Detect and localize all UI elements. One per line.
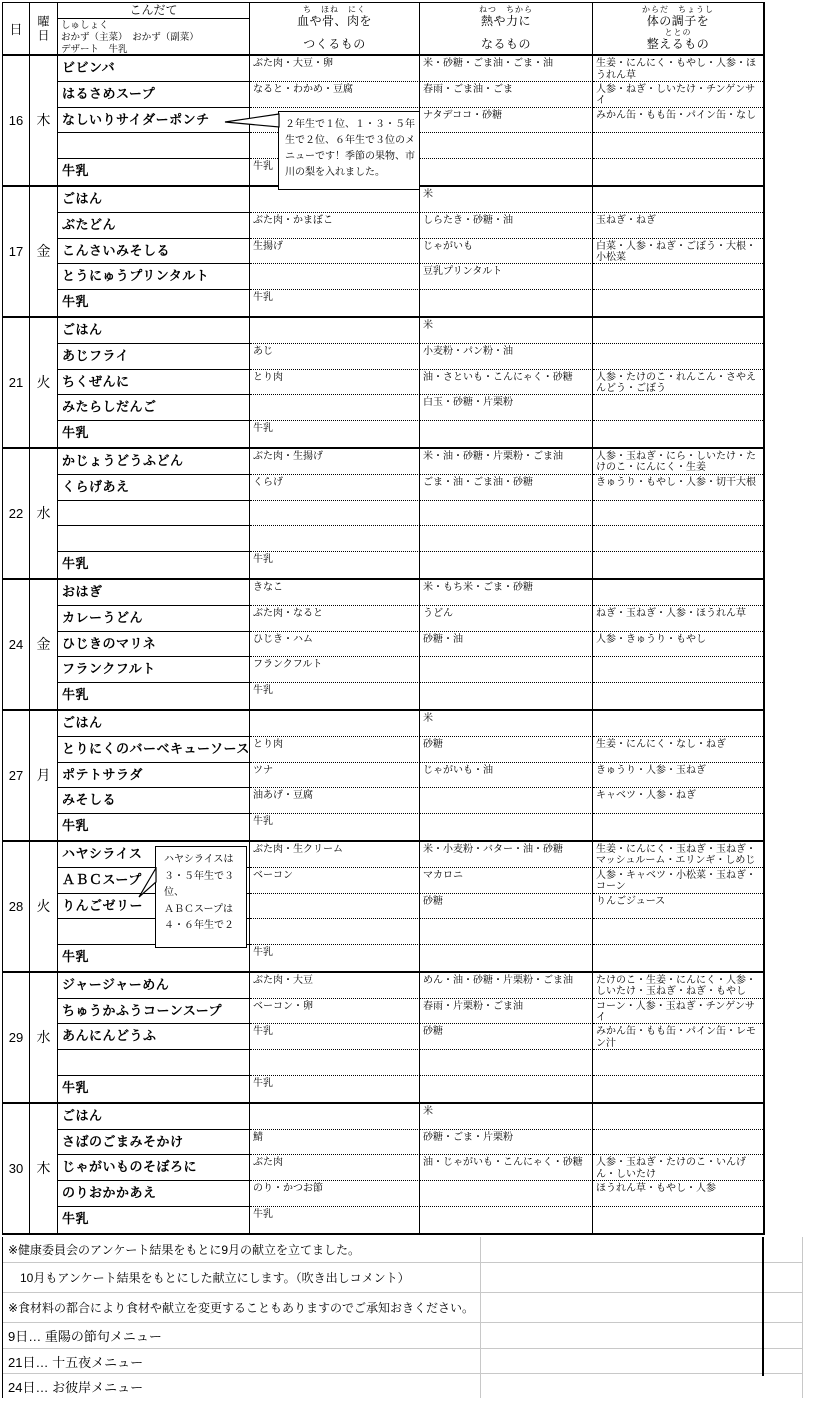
- furigana-energy: ねつ ちから: [479, 5, 533, 14]
- day-block-21: 21火ごはん米あじフライあじ小麦粉・パン粉・油ちくぜんにとり肉油・さといも・こん…: [3, 318, 763, 449]
- day-block-24: 24金おはぎきなこ米・もち米・ごま・砂糖カレーうどんぶた肉・なるとうどんねぎ・玉…: [3, 580, 763, 711]
- energy-ingredients-cell: [420, 657, 593, 683]
- day-weekday-cell: 金: [30, 187, 58, 316]
- vitamin-ingredients-cell: [593, 552, 763, 578]
- protein-ingredients-cell: 牛乳: [250, 421, 420, 447]
- vitamin-ingredients-cell: 生姜・にんにく・なし・ねぎ: [593, 737, 763, 763]
- menu-item-cell: とりにくのバーベキューソース: [58, 737, 250, 763]
- menu-item-cell: 牛乳: [58, 945, 250, 971]
- energy-ingredients-cell: [420, 919, 593, 945]
- protein-ingredients-cell: 牛乳: [250, 945, 420, 971]
- header-energy-line1: 熱や力に: [481, 14, 531, 28]
- day-date-cell: 24: [3, 580, 30, 709]
- day-block-29: 29水ジャージャーめんぶた肉・大豆めん・油・砂糖・片栗粉・ごま油たけのこ・生姜・…: [3, 973, 763, 1104]
- vitamin-ingredients-cell: [593, 318, 763, 344]
- menu-item-cell: ごはん: [58, 711, 250, 737]
- energy-ingredients-cell: 春雨・ごま油・ごま: [420, 82, 593, 108]
- menu-item-cell: とうにゅうプリンタルト: [58, 264, 250, 290]
- day-date-cell: 29: [3, 973, 30, 1102]
- energy-ingredients-cell: 米・油・砂糖・片栗粉・ごま油: [420, 449, 593, 475]
- energy-ingredients-cell: ナタデココ・砂糖: [420, 108, 593, 134]
- protein-ingredients-cell: 鯖: [250, 1130, 420, 1156]
- energy-ingredients-cell: 米・小麦粉・バター・油・砂糖: [420, 842, 593, 868]
- protein-ingredients-cell: きなこ: [250, 580, 420, 606]
- protein-ingredients-cell: とり肉: [250, 370, 420, 396]
- day-weekday-cell: 木: [30, 1104, 58, 1233]
- energy-ingredients-cell: 砂糖: [420, 894, 593, 920]
- vitamin-ingredients-cell: [593, 421, 763, 447]
- protein-ingredients-cell: 牛乳: [250, 683, 420, 709]
- protein-ingredients-cell: ぶた肉: [250, 1155, 420, 1181]
- menu-item-cell: [58, 501, 250, 527]
- vitamin-ingredients-cell: [593, 657, 763, 683]
- vitamin-ingredients-cell: キャベツ・人参・ねぎ: [593, 788, 763, 814]
- vitamin-ingredients-cell: [593, 344, 763, 370]
- menu-item-cell: 牛乳: [58, 552, 250, 578]
- day-weekday-cell: 火: [30, 842, 58, 971]
- menu-item-cell: あじフライ: [58, 344, 250, 370]
- footer-gridline: [480, 1237, 481, 1398]
- menu-item-cell: [58, 133, 250, 159]
- energy-ingredients-cell: めん・油・砂糖・片栗粉・ごま油: [420, 973, 593, 999]
- protein-ingredients-cell: フランクフルト: [250, 657, 420, 683]
- vitamin-ingredients-cell: 生姜・にんにく・玉ねぎ・玉ねぎ・マッシュルーム・エリンギ・しめじ: [593, 842, 763, 868]
- day-block-17: 17金ごはん米ぶたどんぶた肉・かまぼこしらたき・砂糖・油玉ねぎ・ねぎこんさいみそ…: [3, 187, 763, 318]
- protein-ingredients-cell: 牛乳: [250, 814, 420, 840]
- energy-ingredients-cell: 春雨・片栗粉・ごま油: [420, 999, 593, 1025]
- menu-item-cell: みそしる: [58, 788, 250, 814]
- energy-ingredients-cell: [420, 133, 593, 159]
- header-protein-column: ち ほね にく 血や骨、肉を つくるもの: [250, 3, 420, 54]
- furigana-vitamin: からだ ちょうし: [642, 5, 714, 14]
- protein-ingredients-cell: 牛乳: [250, 290, 420, 316]
- day-weekday-cell: 木: [30, 56, 58, 185]
- energy-ingredients-cell: [420, 788, 593, 814]
- vitamin-ingredients-cell: コーン・人参・玉ねぎ・チンゲンサイ: [593, 999, 763, 1025]
- energy-ingredients-cell: 砂糖・油: [420, 632, 593, 658]
- header-day: 日: [3, 3, 30, 54]
- energy-ingredients-cell: ごま・油・ごま油・砂糖: [420, 475, 593, 501]
- energy-ingredients-cell: [420, 159, 593, 185]
- protein-ingredients-cell: ひじき・ハム: [250, 632, 420, 658]
- menu-item-cell: ごはん: [58, 318, 250, 344]
- vitamin-ingredients-cell: [593, 580, 763, 606]
- header-vitamin-line2: 整えるもの: [647, 37, 710, 51]
- footer-note-text: 10月もアンケート結果をもとにした献立にします。（吹き出しコメント）: [8, 1269, 410, 1286]
- menu-item-cell: みたらしだんご: [58, 395, 250, 421]
- vitamin-ingredients-cell: 人参・ねぎ・しいたけ・チンゲンサイ: [593, 82, 763, 108]
- special-day-text: 9日… 重陽の節句メニュー: [8, 1326, 162, 1345]
- menu-item-cell: あんにんどうふ: [58, 1024, 250, 1050]
- energy-ingredients-cell: 油・さといも・こんにゃく・砂糖: [420, 370, 593, 396]
- protein-ingredients-cell: ツナ: [250, 763, 420, 789]
- protein-ingredients-cell: ぶた肉・なると: [250, 606, 420, 632]
- protein-ingredients-cell: ぶた肉・かまぼこ: [250, 213, 420, 239]
- day-date-cell: 16: [3, 56, 30, 185]
- energy-ingredients-cell: [420, 1181, 593, 1207]
- menu-item-cell: カレーうどん: [58, 606, 250, 632]
- protein-ingredients-cell: [250, 894, 420, 920]
- vitamin-ingredients-cell: [593, 1207, 763, 1233]
- footer-special-day-9: 9日… 重陽の節句メニュー: [3, 1323, 803, 1349]
- vitamin-ingredients-cell: [593, 945, 763, 971]
- energy-ingredients-cell: [420, 814, 593, 840]
- protein-ingredients-cell: [250, 1104, 420, 1130]
- day-date-cell: 28: [3, 842, 30, 971]
- day-weekday-cell: 月: [30, 711, 58, 840]
- vitamin-ingredients-cell: 人参・たけのこ・れんこん・さやえんどう・ごぼう: [593, 370, 763, 396]
- header-kondate-subtitle: しゅしょく おかず（主菜） おかず（副菜） デザート 牛乳: [58, 19, 249, 54]
- menu-item-cell: ビビンバ: [58, 56, 250, 82]
- protein-ingredients-cell: [250, 1050, 420, 1076]
- protein-ingredients-cell: ぶた肉・生クリーム: [250, 842, 420, 868]
- energy-ingredients-cell: 米: [420, 318, 593, 344]
- vitamin-ingredients-cell: [593, 814, 763, 840]
- vitamin-ingredients-cell: [593, 526, 763, 552]
- vitamin-ingredients-cell: [593, 133, 763, 159]
- menu-item-cell: ポテトサラダ: [58, 763, 250, 789]
- menu-item-cell: 牛乳: [58, 1207, 250, 1233]
- menu-item-cell: はるさめスープ: [58, 82, 250, 108]
- energy-ingredients-cell: うどん: [420, 606, 593, 632]
- menu-item-cell: ぶたどん: [58, 213, 250, 239]
- vitamin-ingredients-cell: 生姜・にんにく・もやし・人参・ほうれん草: [593, 56, 763, 82]
- vitamin-ingredients-cell: 人参・きゅうり・もやし: [593, 632, 763, 658]
- vitamin-ingredients-cell: [593, 159, 763, 185]
- menu-item-cell: フランクフルト: [58, 657, 250, 683]
- day-date-cell: 27: [3, 711, 30, 840]
- menu-item-cell: かじょうどうふどん: [58, 449, 250, 475]
- protein-ingredients-cell: [250, 526, 420, 552]
- vitamin-ingredients-cell: 人参・玉ねぎ・にら・しいたけ・たけのこ・にんにく・生姜: [593, 449, 763, 475]
- callout-tail-icon: [224, 112, 280, 130]
- energy-ingredients-cell: マカロニ: [420, 868, 593, 894]
- vitamin-ingredients-cell: [593, 1050, 763, 1076]
- day-weekday-cell: 火: [30, 318, 58, 447]
- energy-ingredients-cell: じゃがいも・油: [420, 763, 593, 789]
- energy-ingredients-cell: [420, 1050, 593, 1076]
- vitamin-ingredients-cell: 白菜・人参・ねぎ・ごぼう・大根・小松菜: [593, 239, 763, 265]
- energy-ingredients-cell: 豆乳プリンタルト: [420, 264, 593, 290]
- day-date-cell: 30: [3, 1104, 30, 1233]
- header-energy-line2: なるもの: [481, 37, 531, 51]
- menu-item-cell: [58, 526, 250, 552]
- menu-item-cell: さばのごまみそかけ: [58, 1130, 250, 1156]
- header-kondate-title: こんだて: [58, 3, 249, 19]
- energy-ingredients-cell: 米: [420, 1104, 593, 1130]
- vitamin-ingredients-cell: [593, 264, 763, 290]
- furigana-vitamin-mid: ととの: [665, 28, 692, 37]
- footer-note-change: ※食材料の都合により食材や献立を変更することもありますのでご承知おきください。: [3, 1293, 803, 1323]
- footer-note-october: 10月もアンケート結果をもとにした献立にします。（吹き出しコメント）: [3, 1263, 803, 1293]
- vitamin-ingredients-cell: 人参・玉ねぎ・たけのこ・いんげん・しいたけ: [593, 1155, 763, 1181]
- menu-item-cell: こんさいみそしる: [58, 239, 250, 265]
- header-vitamin-line1: 体の調子を: [647, 14, 710, 28]
- menu-item-cell: ごはん: [58, 1104, 250, 1130]
- menu-item-cell: [58, 1050, 250, 1076]
- energy-ingredients-cell: [420, 421, 593, 447]
- energy-ingredients-cell: [420, 945, 593, 971]
- energy-ingredients-cell: [420, 501, 593, 527]
- day-date-cell: 22: [3, 449, 30, 578]
- menu-item-cell: 牛乳: [58, 159, 250, 185]
- menu-item-cell: ごはん: [58, 187, 250, 213]
- callout-day28-ranking: ハヤシライスは ３・５年生で３ 位、 ＡＢＣスープは ４・６年生で２: [155, 846, 247, 948]
- footer-right-border: [762, 1237, 764, 1376]
- menu-item-cell: くらげあえ: [58, 475, 250, 501]
- day-block-30: 30木ごはん米さばのごまみそかけ鯖砂糖・ごま・片栗粉じゃがいものそぼろにぶた肉油…: [3, 1104, 763, 1235]
- header-protein-line1: 血や骨、肉を: [297, 14, 372, 28]
- energy-ingredients-cell: 小麦粉・パン粉・油: [420, 344, 593, 370]
- energy-ingredients-cell: [420, 1076, 593, 1102]
- day-weekday-cell: 水: [30, 973, 58, 1102]
- menu-item-cell: なしいりサイダーポンチ: [58, 108, 250, 134]
- protein-ingredients-cell: くらげ: [250, 475, 420, 501]
- energy-ingredients-cell: [420, 1207, 593, 1233]
- protein-ingredients-cell: [250, 919, 420, 945]
- energy-ingredients-cell: [420, 526, 593, 552]
- energy-ingredients-cell: じゃがいも: [420, 239, 593, 265]
- protein-ingredients-cell: 牛乳: [250, 1024, 420, 1050]
- menu-item-cell: 牛乳: [58, 1076, 250, 1102]
- vitamin-ingredients-cell: [593, 501, 763, 527]
- energy-ingredients-cell: 米・砂糖・ごま油・ごま・油: [420, 56, 593, 82]
- day-weekday-cell: 水: [30, 449, 58, 578]
- protein-ingredients-cell: [250, 264, 420, 290]
- energy-ingredients-cell: 米: [420, 187, 593, 213]
- protein-ingredients-cell: [250, 395, 420, 421]
- special-day-text: 21日… 十五夜メニュー: [8, 1352, 143, 1371]
- table-header: 日 曜日 こんだて しゅしょく おかず（主菜） おかず（副菜） デザート 牛乳 …: [3, 3, 763, 56]
- menu-item-cell: おはぎ: [58, 580, 250, 606]
- vitamin-ingredients-cell: [593, 395, 763, 421]
- protein-ingredients-cell: なると・わかめ・豆腐: [250, 82, 420, 108]
- protein-ingredients-cell: ぶた肉・大豆: [250, 973, 420, 999]
- vitamin-ingredients-cell: りんごジュース: [593, 894, 763, 920]
- protein-ingredients-cell: [250, 187, 420, 213]
- day-date-cell: 17: [3, 187, 30, 316]
- special-day-text: 24日… お彼岸メニュー: [8, 1377, 143, 1396]
- protein-ingredients-cell: ぶた肉・大豆・卵: [250, 56, 420, 82]
- protein-ingredients-cell: ベーコン: [250, 868, 420, 894]
- vitamin-ingredients-cell: 人参・キャベツ・小松菜・玉ねぎ・コーン: [593, 868, 763, 894]
- protein-ingredients-cell: ベーコン・卵: [250, 999, 420, 1025]
- menu-item-cell: ひじきのマリネ: [58, 632, 250, 658]
- energy-ingredients-cell: [420, 290, 593, 316]
- menu-item-cell: ちくぜんに: [58, 370, 250, 396]
- vitamin-ingredients-cell: ほうれん草・もやし・人参: [593, 1181, 763, 1207]
- energy-ingredients-cell: 米・もち米・ごま・砂糖: [420, 580, 593, 606]
- energy-ingredients-cell: [420, 552, 593, 578]
- vitamin-ingredients-cell: 玉ねぎ・ねぎ: [593, 213, 763, 239]
- footer-gridline: [802, 1237, 803, 1398]
- energy-ingredients-cell: 米: [420, 711, 593, 737]
- protein-ingredients-cell: 牛乳: [250, 1076, 420, 1102]
- menu-item-cell: 牛乳: [58, 683, 250, 709]
- vitamin-ingredients-cell: きゅうり・もやし・人参・切干大根: [593, 475, 763, 501]
- protein-ingredients-cell: [250, 501, 420, 527]
- energy-ingredients-cell: 砂糖・ごま・片栗粉: [420, 1130, 593, 1156]
- vitamin-ingredients-cell: [593, 290, 763, 316]
- vitamin-ingredients-cell: [593, 1130, 763, 1156]
- header-weekday: 曜日: [30, 3, 58, 54]
- vitamin-ingredients-cell: きゅうり・人参・玉ねぎ: [593, 763, 763, 789]
- protein-ingredients-cell: 牛乳: [250, 552, 420, 578]
- protein-ingredients-cell: あじ: [250, 344, 420, 370]
- callout-day16-cider-punch: ２年生で１位、１・３・５年 生で２位、６年生で３位のメ ニューです！季節の果物、…: [278, 111, 420, 190]
- day-blocks: 16木ビビンバぶた肉・大豆・卵米・砂糖・ごま油・ごま・油生姜・にんにく・もやし・…: [3, 56, 763, 1235]
- energy-ingredients-cell: 砂糖: [420, 737, 593, 763]
- vitamin-ingredients-cell: みかん缶・もも缶・パイン缶・レモン汁: [593, 1024, 763, 1050]
- footer-special-day-24: 24日… お彼岸メニュー: [3, 1374, 803, 1398]
- footer-note-survey: ※健康委員会のアンケート結果をもとに9月の献立を立てました。: [3, 1237, 803, 1263]
- energy-ingredients-cell: しらたき・砂糖・油: [420, 213, 593, 239]
- vitamin-ingredients-cell: ねぎ・玉ねぎ・人参・ほうれん草: [593, 606, 763, 632]
- protein-ingredients-cell: [250, 711, 420, 737]
- menu-item-cell: のりおかかあえ: [58, 1181, 250, 1207]
- energy-ingredients-cell: 砂糖: [420, 1024, 593, 1050]
- menu-item-cell: ちゅうかふうコーンスープ: [58, 999, 250, 1025]
- vitamin-ingredients-cell: [593, 1104, 763, 1130]
- protein-ingredients-cell: とり肉: [250, 737, 420, 763]
- furigana-protein: ち ほね にく: [303, 5, 366, 14]
- menu-item-cell: 牛乳: [58, 421, 250, 447]
- day-weekday-cell: 金: [30, 580, 58, 709]
- energy-ingredients-cell: [420, 683, 593, 709]
- table-footer: ※健康委員会のアンケート結果をもとに9月の献立を立てました。 10月もアンケート…: [2, 1237, 803, 1398]
- menu-item-cell: 牛乳: [58, 290, 250, 316]
- energy-ingredients-cell: 白玉・砂糖・片栗粉: [420, 395, 593, 421]
- callout-tail-icon: [138, 867, 157, 899]
- day-block-27: 27月ごはん米とりにくのバーベキューソースとり肉砂糖生姜・にんにく・なし・ねぎポ…: [3, 711, 763, 842]
- day-date-cell: 21: [3, 318, 30, 447]
- protein-ingredients-cell: 生揚げ: [250, 239, 420, 265]
- footer-note-text: ※食材料の都合により食材や献立を変更することもありますのでご承知おきください。: [8, 1299, 474, 1316]
- header-kondate: こんだて しゅしょく おかず（主菜） おかず（副菜） デザート 牛乳: [58, 3, 250, 54]
- menu-item-cell: ジャージャーめん: [58, 973, 250, 999]
- vitamin-ingredients-cell: [593, 187, 763, 213]
- menu-item-cell: 牛乳: [58, 814, 250, 840]
- vitamin-ingredients-cell: みかん缶・もも缶・パイン缶・なし: [593, 108, 763, 134]
- footer-note-text: ※健康委員会のアンケート結果をもとに9月の献立を立てました。: [8, 1241, 360, 1258]
- header-energy-column: ねつ ちから 熱や力に なるもの: [420, 3, 593, 54]
- day-block-22: 22水かじょうどうふどんぶた肉・生揚げ米・油・砂糖・片栗粉・ごま油人参・玉ねぎ・…: [3, 449, 763, 580]
- footer-special-day-21: 21日… 十五夜メニュー: [3, 1349, 803, 1374]
- vitamin-ingredients-cell: [593, 683, 763, 709]
- vitamin-ingredients-cell: [593, 919, 763, 945]
- vitamin-ingredients-cell: たけのこ・生姜・にんにく・人参・しいたけ・玉ねぎ・ねぎ・もやし: [593, 973, 763, 999]
- day-block-28: 28火ハヤシライスぶた肉・生クリーム米・小麦粉・バター・油・砂糖生姜・にんにく・…: [3, 842, 763, 973]
- lunch-menu-page: 日 曜日 こんだて しゅしょく おかず（主菜） おかず（副菜） デザート 牛乳 …: [0, 0, 819, 1401]
- protein-ingredients-cell: 油あげ・豆腐: [250, 788, 420, 814]
- protein-ingredients-cell: 牛乳: [250, 1207, 420, 1233]
- protein-ingredients-cell: [250, 318, 420, 344]
- header-weekday-label: 曜日: [35, 15, 52, 43]
- header-vitamin-column: からだ ちょうし 体の調子を ととの 整えるもの: [593, 3, 763, 54]
- protein-ingredients-cell: ぶた肉・生揚げ: [250, 449, 420, 475]
- protein-ingredients-cell: のり・かつお節: [250, 1181, 420, 1207]
- menu-item-cell: じゃがいものそぼろに: [58, 1155, 250, 1181]
- header-protein-line2: つくるもの: [303, 37, 366, 51]
- vitamin-ingredients-cell: [593, 1076, 763, 1102]
- energy-ingredients-cell: 油・じゃがいも・こんにゃく・砂糖: [420, 1155, 593, 1181]
- vitamin-ingredients-cell: [593, 711, 763, 737]
